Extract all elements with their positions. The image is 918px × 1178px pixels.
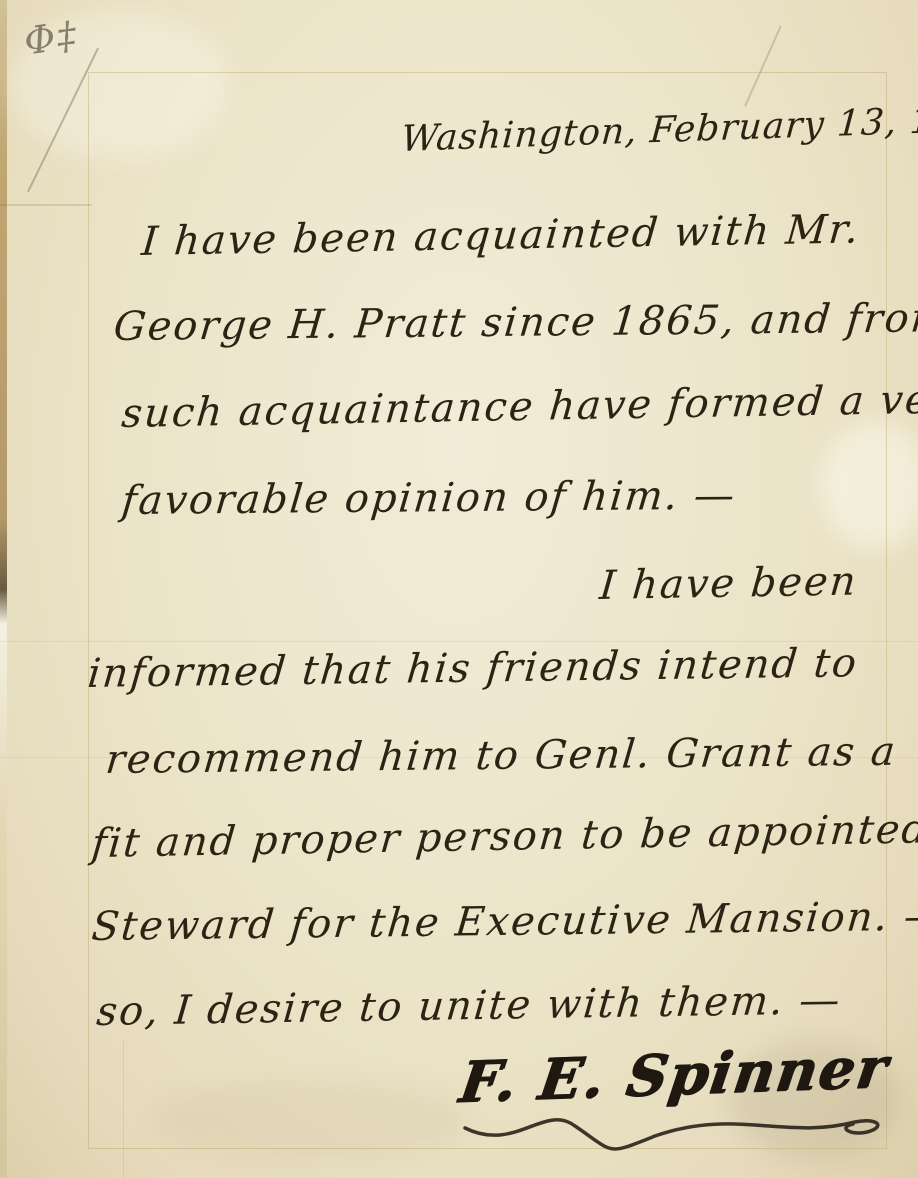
paper-left-edge — [0, 0, 7, 1178]
letter-line: informed that his friends intend to — [86, 643, 860, 694]
fold-crease — [123, 1040, 124, 1178]
letter-line: Steward for the Executive Mansion. — If — [90, 896, 918, 947]
fold-crease — [0, 204, 92, 206]
letter-line: favorable opinion of him. — — [120, 476, 738, 521]
letter-line: I have been acquainted with Mr. — [140, 209, 862, 262]
letter-line: I have been — [598, 561, 859, 606]
pencil-annotation: Φ‡ — [21, 12, 81, 63]
letter-line: recommend him to Genl. Grant as a — [104, 732, 899, 780]
letter-scan: Φ‡ Washington, February 13, 1869. I have… — [0, 0, 918, 1178]
letter-line: so, I desire to unite with them. — — [95, 980, 843, 1032]
signature-flourish — [455, 1098, 895, 1158]
letter-line: George H. Pratt since 1865, and from — [112, 298, 918, 347]
